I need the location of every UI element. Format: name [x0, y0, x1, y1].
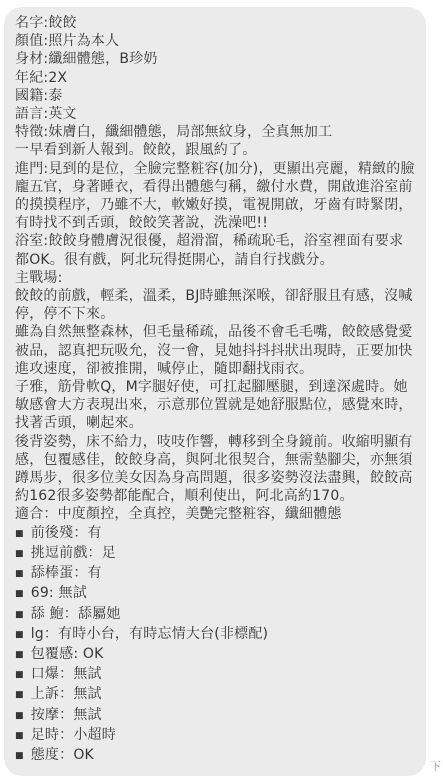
list-item: ■ 足時：小超時: [15, 726, 415, 746]
profile-language-line: 語言:英文: [15, 105, 415, 123]
list-item: ■ 挑逗前戲：足: [15, 544, 415, 564]
bullet-square-icon: ■: [15, 585, 24, 603]
list-item-text: 挑逗前戲：足: [31, 544, 415, 562]
entry-paragraph: 進門:見到的是位，全臉完整粧容(加分)，更顯出亮麗，精緻的臉龐五官，身著睡衣，看…: [15, 160, 415, 233]
message-bubble[interactable]: 名字:餃餃 顏值:照片為本人 身材:纖細體態，B珍奶 年紀:2X 國籍:泰 語言…: [4, 7, 426, 747]
profile-looks-line: 顏值:照片為本人: [15, 32, 415, 50]
section-heading: 主戰場:: [15, 269, 415, 287]
profile-body-line: 身材:纖細體態，B珍奶: [15, 50, 415, 68]
body-paragraph-1: 餃餃的前戲，輕柔，溫柔，BJ時雖無深喉，卻舒服且有感，沒喊停，停不下來。: [15, 287, 415, 323]
list-item-text: 包覆感: OK: [31, 645, 415, 663]
bullet-square-icon: ■: [15, 666, 24, 684]
list-item: ■ 口爆：無試: [15, 665, 415, 685]
bullet-square-icon: ■: [15, 646, 24, 664]
bullet-square-icon: ■: [15, 565, 24, 583]
suitability-line: 適合：中度顏控，全真控，美艷完整粧容，纖細體態: [15, 505, 415, 523]
profile-nationality-line: 國籍:泰: [15, 87, 415, 105]
list-item: ■ 按摩：無試: [15, 706, 415, 726]
profile-age-line: 年紀:2X: [15, 69, 415, 87]
list-item-text: 足時：小超時: [31, 726, 415, 744]
chat-area: 名字:餃餃 顏值:照片為本人 身材:纖細體態，B珍奶 年紀:2X 國籍:泰 語言…: [4, 7, 441, 747]
list-item: ■ 前後殘：有: [15, 524, 415, 544]
bullet-square-icon: ■: [15, 727, 24, 745]
list-item-text: 口爆：無試: [31, 665, 415, 683]
list-item-text: 前後殘：有: [31, 524, 415, 542]
body-paragraph-4: 後背姿勢，床不給力，吱吱作響，轉移到全身鏡前。收縮明顯有感，包覆感佳，餃餃身高，…: [15, 433, 415, 506]
list-item: ■ 舔 鮑：舔屬她: [15, 605, 415, 625]
bullet-square-icon: ■: [15, 626, 24, 644]
list-item-text: 上訴：無試: [31, 685, 415, 703]
bullet-square-icon: ■: [15, 545, 24, 563]
bullet-square-icon: ■: [15, 686, 24, 704]
list-item: ■ 舔棒蛋：有: [15, 564, 415, 584]
profile-features-line: 特徵:妹膚白，纖細體態，局部無紋身，全真無加工: [15, 123, 415, 141]
list-item-text: 按摩：無試: [31, 706, 415, 724]
bullet-square-icon: ■: [15, 525, 24, 543]
body-paragraph-2: 雖為自然無整森林，但毛量稀疏，品後不會毛毛嘴，餃餃感覺愛被品，認真把玩吸允，沒一…: [15, 323, 415, 378]
list-item: ■ 包覆感: OK: [15, 645, 415, 665]
list-item: ■ lg：有時小台，有時忘情大台(非標配): [15, 625, 415, 645]
intro-paragraph: 一早看到新人報到。餃餃，跟風約了。: [15, 141, 415, 159]
body-paragraph-3: 子雅，筋骨軟Q，M字腿好使，可扛起腳壓腿，到達深處時。她敏感會大方表現出來，示意…: [15, 378, 415, 433]
list-item-text: 舔 鮑：舔屬她: [31, 605, 415, 623]
list-item-text: 舔棒蛋：有: [31, 564, 415, 582]
bathroom-paragraph: 浴室:餃餃身體膚況很優，超滑溜，稀疏恥毛，浴室裡面有要求都OK。很有戲，阿北玩得…: [15, 232, 415, 268]
list-item-text: lg：有時小台，有時忘情大台(非標配): [31, 625, 415, 643]
list-item: ■ 上訴：無試: [15, 685, 415, 705]
bullet-square-icon: ■: [15, 606, 24, 624]
list-item-text: 69: 無試: [31, 584, 415, 602]
profile-name-line: 名字:餃餃: [15, 14, 415, 32]
bullet-square-icon: ■: [15, 707, 24, 725]
list-item: ■ 69: 無試: [15, 584, 415, 604]
